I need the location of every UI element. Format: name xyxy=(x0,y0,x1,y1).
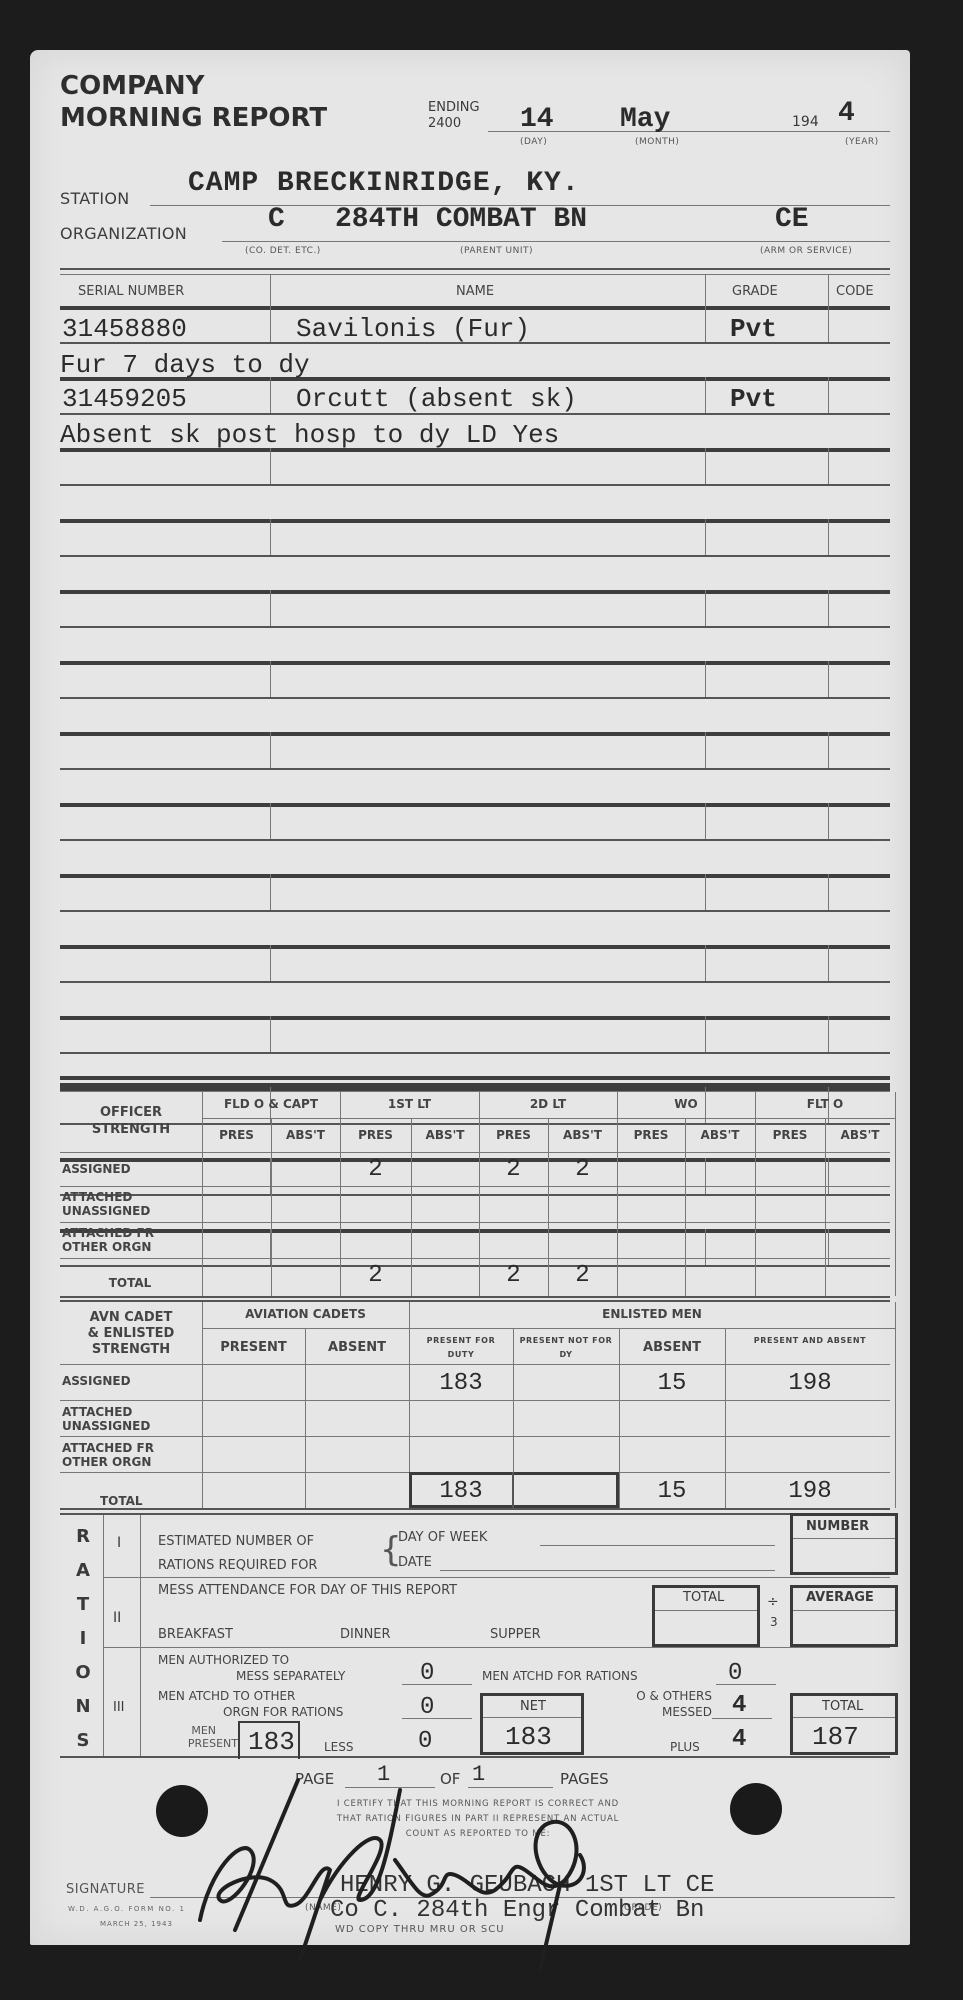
officer-row-label: TOTAL xyxy=(60,1276,200,1290)
auth-mess-line2: MESS SEPARATELY xyxy=(158,1668,345,1684)
officer-cell xyxy=(685,1226,755,1262)
others-line2: MESSED xyxy=(612,1704,712,1720)
men-present-line2: PRESENT xyxy=(148,1737,238,1750)
atchd-other-line2: ORGN FOR RATIONS xyxy=(158,1704,343,1720)
officer-cell xyxy=(617,1262,685,1300)
entry-name: Orcutt (absent sk) xyxy=(296,384,577,414)
row-rule xyxy=(60,306,890,310)
officer-sub-header: ABS'T xyxy=(271,1128,340,1142)
row-rule xyxy=(60,945,890,949)
row-rule xyxy=(60,1364,890,1365)
officer-sub-header: PRES xyxy=(340,1128,411,1142)
officer-cell xyxy=(479,1190,548,1226)
row-rule xyxy=(60,910,890,912)
column-divider xyxy=(828,803,829,839)
row-rule xyxy=(60,661,890,665)
officer-sub-header: PRES xyxy=(617,1128,685,1142)
column-divider xyxy=(705,590,706,626)
officer-cell xyxy=(825,1226,895,1262)
column-divider xyxy=(705,945,706,981)
org-arm-service: CE xyxy=(775,204,809,235)
column-divider xyxy=(705,519,706,555)
officer-cell xyxy=(685,1190,755,1226)
column-divider xyxy=(705,448,706,484)
net-value: 183 xyxy=(505,1722,552,1752)
column-divider xyxy=(270,590,271,626)
row-rule xyxy=(60,1016,890,1020)
officer-cell: 2 xyxy=(548,1156,617,1190)
enlisted-strength-title: AVN CADET & ENLISTED STRENGTH xyxy=(60,1310,202,1358)
officer-cell xyxy=(617,1156,685,1190)
rations-total-label: TOTAL xyxy=(822,1699,863,1714)
officer-sub-header: ABS'T xyxy=(548,1128,617,1142)
enlisted-cell xyxy=(619,1442,725,1478)
atchd-other-value: 0 xyxy=(420,1694,434,1721)
rations-side-letter: O xyxy=(68,1656,98,1690)
row-rule xyxy=(60,626,890,628)
auth-mess-line1: MEN AUTHORIZED TO xyxy=(158,1652,345,1668)
enlisted-title-line2: & ENLISTED xyxy=(60,1326,202,1342)
enlisted-title-line1: AVN CADET xyxy=(60,1310,202,1326)
day-of-week-label: DAY OF WEEK xyxy=(398,1530,487,1545)
form-title-line1: COMPANY xyxy=(60,70,327,102)
row-rule xyxy=(60,768,890,770)
officer-cell: 2 xyxy=(340,1262,411,1300)
column-divider xyxy=(705,874,706,910)
ending-time: 2400 xyxy=(428,116,480,132)
enlisted-sub-header: PRESENT NOT FOR DY xyxy=(519,1334,613,1362)
entry-remark: Absent sk post hosp to dy LD Yes xyxy=(60,420,559,450)
row-rule xyxy=(60,803,890,807)
officer-cell: 2 xyxy=(479,1156,548,1190)
enlisted-cell xyxy=(725,1442,895,1478)
enlisted-cell xyxy=(305,1370,409,1406)
column-divider xyxy=(270,1016,271,1052)
part1-text: ESTIMATED NUMBER OF RATIONS REQUIRED FOR xyxy=(158,1530,317,1578)
officer-cell xyxy=(825,1190,895,1226)
officer-cell xyxy=(755,1156,825,1190)
row-rule xyxy=(202,1328,895,1329)
officer-cell xyxy=(411,1190,479,1226)
row-rule xyxy=(202,1118,895,1119)
column-divider xyxy=(828,732,829,768)
breakfast-label: BREAKFAST xyxy=(158,1627,233,1642)
entry-serial: 31458880 xyxy=(62,314,187,344)
column-divider xyxy=(270,519,271,555)
column-divider xyxy=(828,274,829,306)
officer-row-label: ASSIGNED xyxy=(62,1162,202,1176)
row-rule xyxy=(60,697,890,699)
row-rule xyxy=(60,1300,890,1302)
total-present-box xyxy=(409,1472,619,1508)
rations-side-label: RATIONS xyxy=(68,1520,98,1758)
binder-hole-right xyxy=(730,1783,782,1835)
enlisted-cell xyxy=(202,1442,305,1478)
row-rule xyxy=(60,1076,890,1080)
average-label: AVERAGE xyxy=(806,1590,874,1605)
officer-cell: 2 xyxy=(340,1156,411,1190)
enlisted-cell: 15 xyxy=(619,1478,725,1514)
officer-title-line1: OFFICER xyxy=(60,1104,202,1121)
column-divider xyxy=(270,803,271,839)
auth-mess-value: 0 xyxy=(420,1660,434,1687)
column-divider xyxy=(828,448,829,484)
handwritten-signature xyxy=(180,1770,700,1970)
atchd-rations-value: 0 xyxy=(728,1660,742,1687)
divide-sign: ÷ xyxy=(767,1594,779,1610)
enlisted-row-label: ATTACHED UNASSIGNED xyxy=(62,1405,202,1433)
row-rule xyxy=(60,484,890,486)
dinner-label: DINNER xyxy=(340,1627,391,1642)
month-caption: (MONTH) xyxy=(635,137,679,147)
officer-cell xyxy=(548,1190,617,1226)
enlisted-cell xyxy=(619,1406,725,1442)
entry-grade: Pvt xyxy=(730,384,777,414)
officer-cell xyxy=(411,1226,479,1262)
column-divider xyxy=(270,945,271,981)
column-divider xyxy=(270,377,271,413)
date-label: DATE xyxy=(398,1555,432,1570)
form-date: MARCH 25, 1943 xyxy=(100,1920,173,1928)
row-rule xyxy=(60,590,890,594)
report-year: 4 xyxy=(838,98,855,129)
enlisted-title-line3: STRENGTH xyxy=(60,1342,202,1358)
rations-side-letter: S xyxy=(68,1724,98,1758)
entry-grade: Pvt xyxy=(730,314,777,344)
column-divider xyxy=(270,448,271,484)
officer-cell xyxy=(479,1226,548,1262)
column-divider xyxy=(828,1016,829,1052)
rations-side-letter: N xyxy=(68,1690,98,1724)
column-divider xyxy=(270,274,271,306)
year-prefix: 194 xyxy=(792,114,819,130)
officer-cell xyxy=(340,1190,411,1226)
less-label: LESS xyxy=(324,1740,354,1754)
column-divider xyxy=(512,1472,514,1508)
officer-title-line2: STRENGTH xyxy=(60,1121,202,1138)
rations-total-value: 187 xyxy=(812,1722,859,1752)
officer-group-header: FLD O & CAPT xyxy=(202,1097,340,1111)
column-divider xyxy=(705,661,706,697)
officer-cell xyxy=(685,1262,755,1300)
enlisted-cell xyxy=(513,1406,619,1442)
enlisted-cell xyxy=(513,1370,619,1406)
col-name: NAME xyxy=(456,284,494,299)
officer-sub-header: ABS'T xyxy=(411,1128,479,1142)
men-present-value: 183 xyxy=(248,1727,295,1757)
mess-attendance-title: MESS ATTENDANCE FOR DAY OF THIS REPORT xyxy=(158,1583,457,1598)
officer-cell xyxy=(617,1226,685,1262)
officer-cell xyxy=(755,1226,825,1262)
number-label: NUMBER xyxy=(806,1519,869,1534)
others-messed-value: 4 xyxy=(732,1692,746,1719)
column-divider xyxy=(828,306,829,342)
officer-cell xyxy=(548,1226,617,1262)
row-rule xyxy=(60,1052,890,1054)
officer-cell xyxy=(202,1156,271,1190)
form-title: COMPANY MORNING REPORT xyxy=(60,70,327,134)
form-number: W.D. A.G.O. FORM NO. 1 xyxy=(68,1905,185,1913)
officer-cell xyxy=(411,1156,479,1190)
enlisted-sub-header: ABSENT xyxy=(625,1340,719,1356)
rations-side-letter: T xyxy=(68,1588,98,1622)
plus-value: 4 xyxy=(732,1726,746,1753)
auth-mess-label: MEN AUTHORIZED TO MESS SEPARATELY xyxy=(158,1652,345,1684)
column-divider xyxy=(828,590,829,626)
year-caption: (YEAR) xyxy=(845,137,879,147)
ending-text: ENDING xyxy=(428,100,480,116)
men-present-line1: MEN xyxy=(148,1724,238,1737)
atchd-other-label: MEN ATCHD TO OTHER ORGN FOR RATIONS xyxy=(158,1688,343,1720)
org-parent-caption: (PARENT UNIT) xyxy=(460,246,533,256)
column-divider xyxy=(895,1302,896,1508)
col-grade: GRADE xyxy=(732,284,778,299)
col-code: CODE xyxy=(836,284,874,299)
officer-cell xyxy=(202,1226,271,1262)
officer-cell xyxy=(755,1262,825,1300)
plus-label: PLUS xyxy=(670,1740,700,1754)
entry-remark: Fur 7 days to dy xyxy=(60,350,310,380)
enlisted-cell: 198 xyxy=(725,1478,895,1514)
org-company-caption: (CO. DET. ETC.) xyxy=(245,246,321,256)
enlisted-cell: 15 xyxy=(619,1370,725,1406)
column-divider xyxy=(828,661,829,697)
enlisted-sub-header: PRESENT xyxy=(208,1340,299,1356)
officer-group-header: FLT O xyxy=(755,1097,895,1111)
column-divider xyxy=(705,1016,706,1052)
officer-cell xyxy=(271,1156,340,1190)
enlisted-sub-header: PRESENT FOR DUTY xyxy=(415,1334,507,1362)
part3-numeral: III xyxy=(113,1700,125,1715)
officer-sub-header: ABS'T xyxy=(685,1128,755,1142)
column-divider xyxy=(705,803,706,839)
report-day: 14 xyxy=(520,104,554,135)
report-month: May xyxy=(620,104,670,135)
rations-side-letter: A xyxy=(68,1554,98,1588)
entry-serial: 31459205 xyxy=(62,384,187,414)
enlisted-cell xyxy=(305,1442,409,1478)
enlisted-cell: 198 xyxy=(725,1370,895,1406)
officer-strength-title: OFFICER STRENGTH xyxy=(60,1104,202,1138)
row-rule xyxy=(60,732,890,736)
officer-cell xyxy=(825,1262,895,1300)
officer-cell xyxy=(825,1156,895,1190)
officer-group-header: 2D LT xyxy=(479,1097,617,1111)
column-divider xyxy=(270,306,271,342)
part2-numeral: II xyxy=(113,1610,121,1626)
column-divider xyxy=(828,519,829,555)
officer-row-label: ATTACHED UNASSIGNED xyxy=(62,1190,202,1218)
row-rule xyxy=(60,839,890,841)
others-line1: O & OTHERS xyxy=(612,1688,712,1704)
enlisted-row-label: ASSIGNED xyxy=(62,1374,202,1388)
ending-label: ENDING 2400 xyxy=(428,100,480,132)
net-label: NET xyxy=(520,1699,546,1714)
officer-sub-header: PRES xyxy=(202,1128,271,1142)
column-divider xyxy=(828,874,829,910)
entry-name: Savilonis (Fur) xyxy=(296,314,530,344)
column-divider xyxy=(270,661,271,697)
officer-cell xyxy=(202,1190,271,1226)
officer-cell xyxy=(271,1190,340,1226)
column-divider xyxy=(895,1092,896,1296)
signature-label: SIGNATURE xyxy=(66,1882,145,1897)
row-rule xyxy=(60,555,890,557)
org-parent-unit: 284TH COMBAT BN xyxy=(335,204,587,235)
rations-side-letter: I xyxy=(68,1622,98,1656)
organization-label: ORGANIZATION xyxy=(60,224,187,243)
officer-cell: 2 xyxy=(548,1262,617,1300)
column-divider xyxy=(270,874,271,910)
atchd-rations-label: MEN ATCHD FOR RATIONS xyxy=(482,1669,638,1683)
station-label: STATION xyxy=(60,189,130,208)
enlisted-cell xyxy=(409,1406,513,1442)
enlisted-cell xyxy=(202,1370,305,1406)
row-rule xyxy=(60,981,890,983)
enlisted-cell: 183 xyxy=(409,1370,513,1406)
others-messed-label: O & OTHERS MESSED xyxy=(612,1688,712,1720)
officer-sub-header: PRES xyxy=(479,1128,548,1142)
row-rule xyxy=(60,519,890,523)
officer-row-label: ATTACHED FR OTHER ORGN xyxy=(62,1226,202,1254)
row-rule xyxy=(60,874,890,878)
enlisted-cell xyxy=(305,1478,409,1514)
officer-cell xyxy=(411,1262,479,1300)
station-value: CAMP BRECKINRIDGE, KY. xyxy=(188,168,580,199)
supper-label: SUPPER xyxy=(490,1627,541,1642)
officer-cell xyxy=(340,1226,411,1262)
enlisted-cell xyxy=(202,1478,305,1514)
divide-by: 3 xyxy=(770,1615,778,1629)
column-divider xyxy=(705,306,706,342)
officer-group-header: WO xyxy=(617,1097,755,1111)
officer-cell xyxy=(271,1262,340,1300)
officer-sub-header: PRES xyxy=(755,1128,825,1142)
officer-cell xyxy=(617,1190,685,1226)
enlisted-sub-header: PRESENT AND ABSENT xyxy=(731,1334,889,1348)
day-caption: (DAY) xyxy=(520,137,547,147)
enlisted-sub-header: ABSENT xyxy=(311,1340,403,1356)
column-divider xyxy=(705,377,706,413)
part1-numeral: I xyxy=(117,1535,121,1551)
enlisted-cell xyxy=(305,1406,409,1442)
officer-group-header: 1ST LT xyxy=(340,1097,479,1111)
column-divider xyxy=(705,732,706,768)
enlisted-cell xyxy=(202,1406,305,1442)
men-present-label: MEN PRESENT xyxy=(148,1724,238,1750)
officer-cell xyxy=(685,1156,755,1190)
officer-cell: 2 xyxy=(479,1262,548,1300)
column-divider xyxy=(705,274,706,306)
part1-text-line2: RATIONS REQUIRED FOR xyxy=(158,1554,317,1578)
officer-cell xyxy=(755,1190,825,1226)
column-divider xyxy=(828,945,829,981)
aviation-cadets-header: AVIATION CADETS xyxy=(202,1307,409,1321)
part1-text-line1: ESTIMATED NUMBER OF xyxy=(158,1530,317,1554)
column-divider xyxy=(828,377,829,413)
officer-cell xyxy=(271,1226,340,1262)
officer-sub-header: ABS'T xyxy=(825,1128,895,1142)
col-serial-number: SERIAL NUMBER xyxy=(78,284,184,299)
rations-side-letter: R xyxy=(68,1520,98,1554)
officer-cell xyxy=(202,1262,271,1300)
less-value: 0 xyxy=(418,1728,432,1755)
mess-total-label: TOTAL xyxy=(683,1590,724,1605)
org-arm-caption: (ARM OR SERVICE) xyxy=(760,246,852,256)
atchd-other-line1: MEN ATCHD TO OTHER xyxy=(158,1688,343,1704)
org-company: C xyxy=(268,204,285,235)
form-title-line2: MORNING REPORT xyxy=(60,102,327,134)
enlisted-men-header: ENLISTED MEN xyxy=(409,1307,895,1321)
row-rule xyxy=(60,1152,890,1153)
enlisted-row-label: ATTACHED FR OTHER ORGN xyxy=(62,1441,202,1469)
column-divider xyxy=(270,732,271,768)
enlisted-cell xyxy=(725,1406,895,1442)
